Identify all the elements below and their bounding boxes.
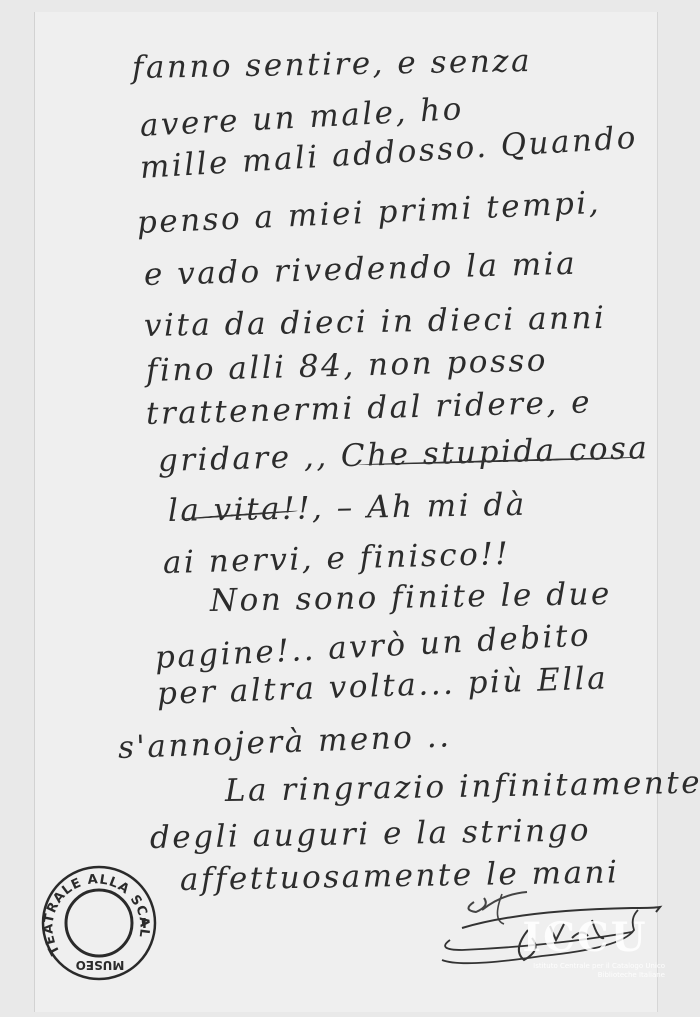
stamp-side-mark: I [142, 917, 147, 932]
stamp-top-text: TEATRALE ALLA SCALA [40, 864, 152, 957]
letter-line-12: Non sono finite le due [210, 576, 612, 619]
archive-watermark-logo: ICCU [510, 918, 660, 968]
svg-text:TEATRALE ALLA SCALA: TEATRALE ALLA SCALA [40, 864, 152, 957]
letter-line-17: degli auguri e la stringo [150, 812, 592, 856]
watermark-caption-line-1: Istituto Centrale per il Catalogo Unico [500, 962, 665, 971]
letter-line-10: la vita!!, – Ah mi dà [168, 487, 527, 529]
closing-text: aff. [442, 905, 445, 907]
letter-line-1: fanno sentire, e senza [132, 43, 533, 86]
museum-stamp: TEATRALE ALLA SCALA MUSEO I [40, 864, 158, 982]
stamp-bottom-text: MUSEO [76, 958, 125, 972]
watermark-caption-line-2: Biblioteche Italiane [500, 971, 665, 980]
archive-watermark-caption: Istituto Centrale per il Catalogo Unico … [500, 962, 665, 980]
